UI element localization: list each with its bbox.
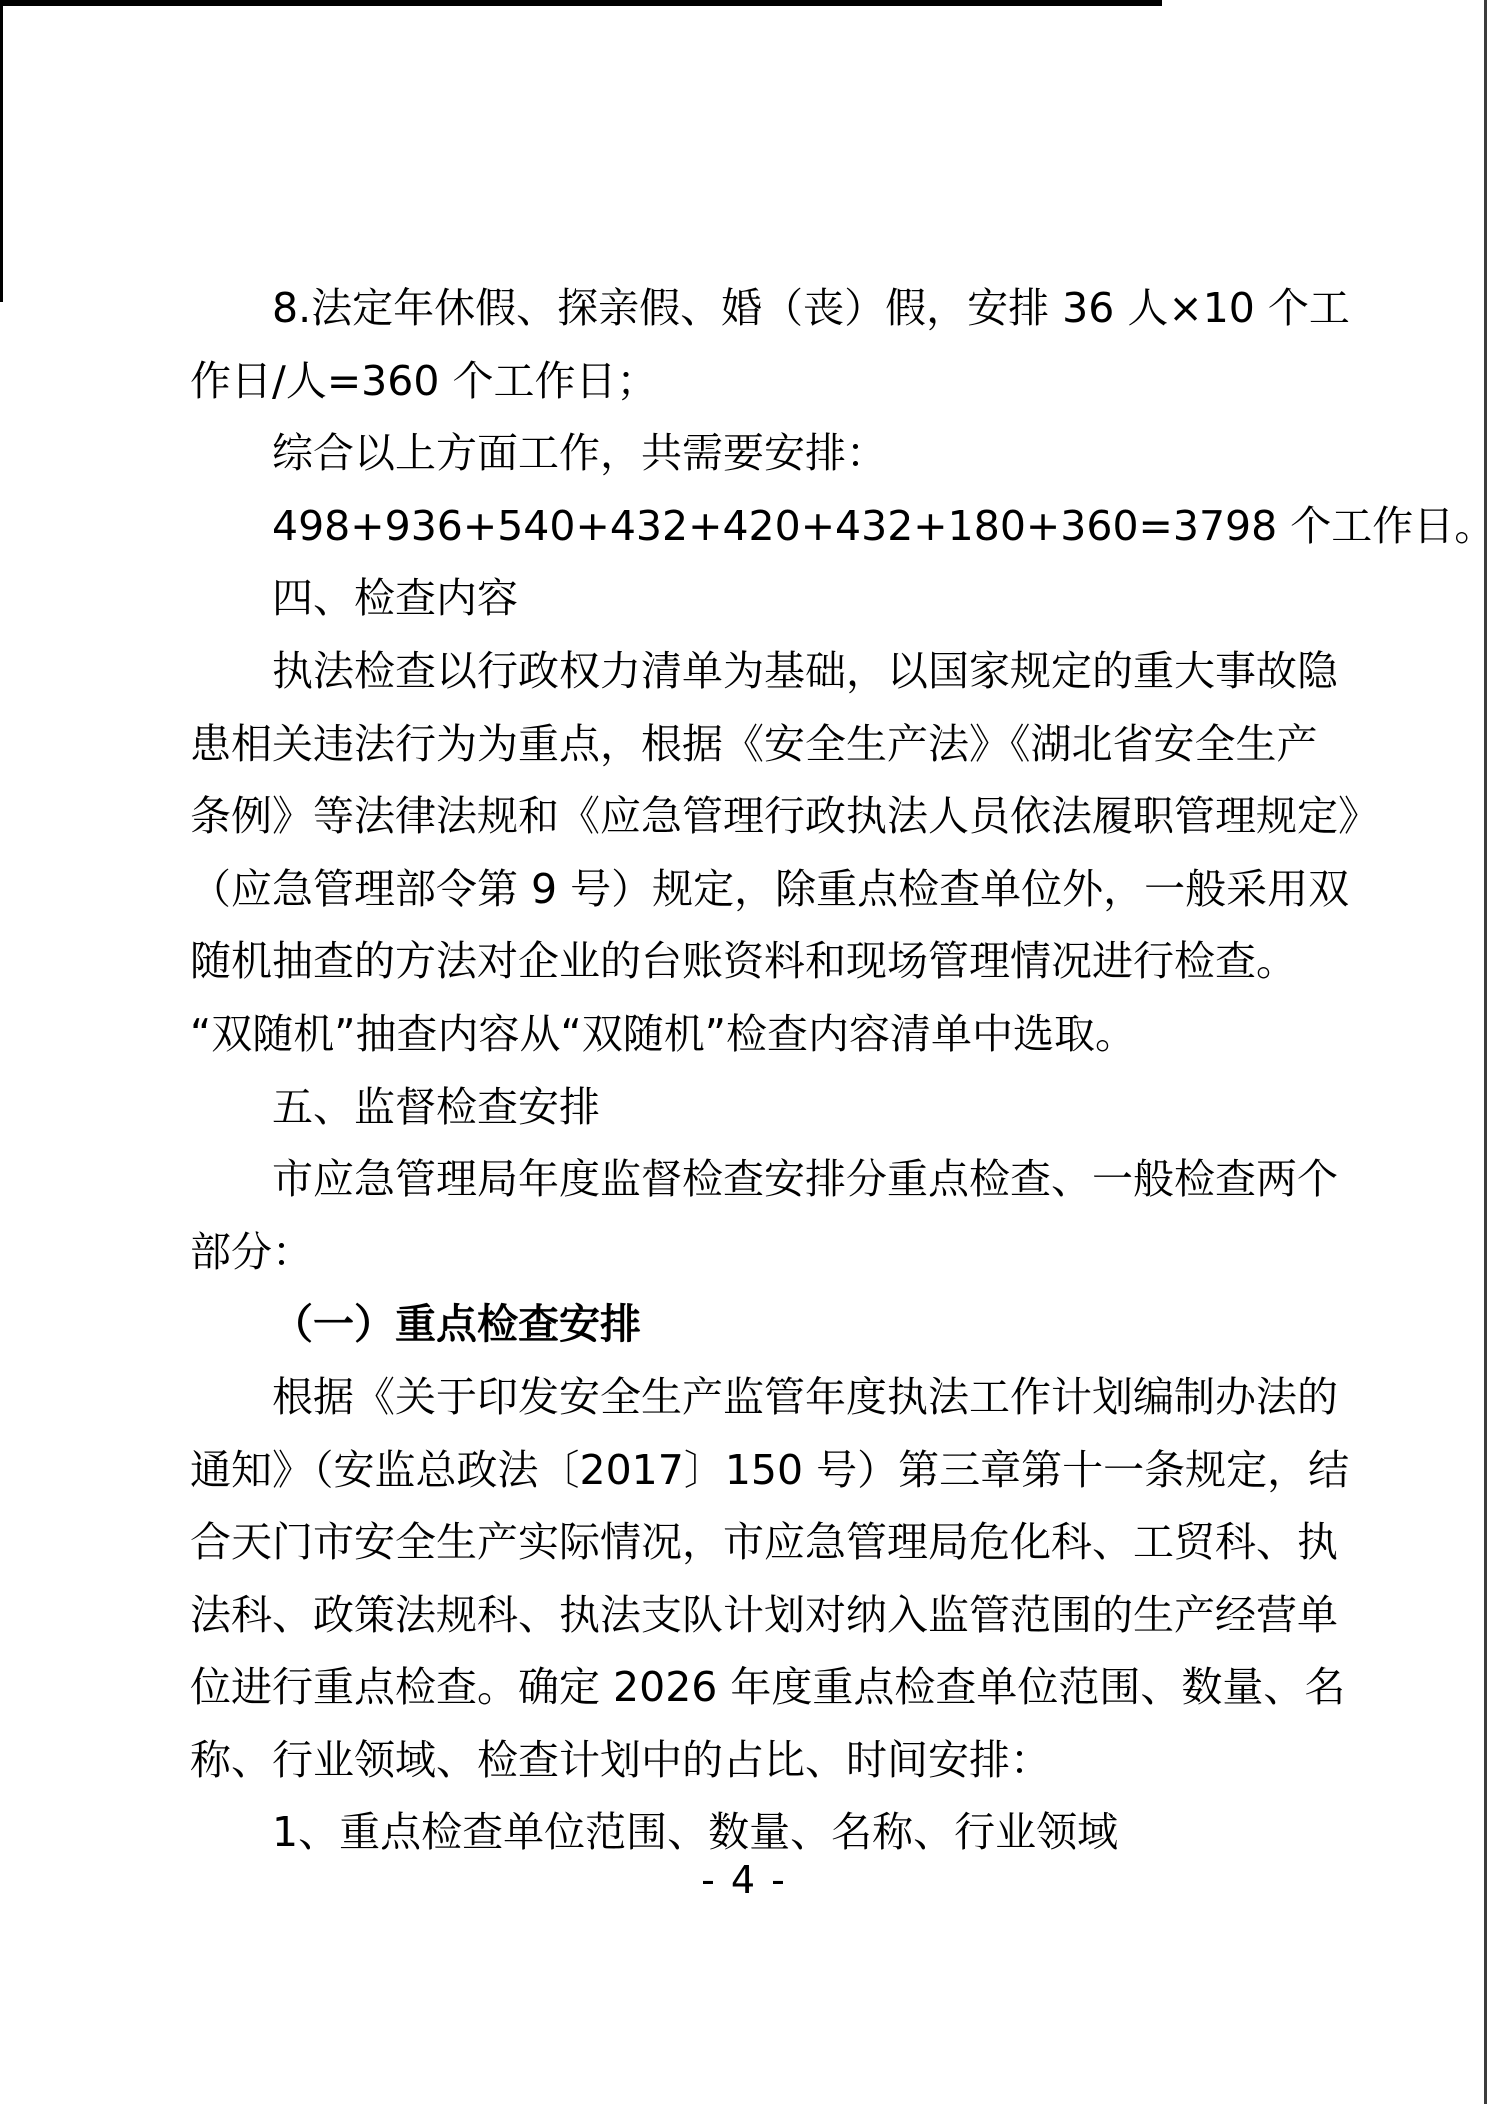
document-page: 8.法定年休假、探亲假、婚（丧）假，安排 36 人×10 个工作日/人=360 … xyxy=(0,0,1488,2104)
document-body: 8.法定年休假、探亲假、婚（丧）假，安排 36 人×10 个工作日/人=360 … xyxy=(190,272,1370,1869)
text-line: 四、检查内容 xyxy=(190,562,1370,635)
text-line: “双随机”抽查内容从“双随机”检查内容清单中选取。 xyxy=(190,998,1370,1071)
scan-border-right xyxy=(1484,0,1487,2104)
scan-border-left xyxy=(0,0,3,302)
text-line: 法科、政策法规科、执法支队计划对纳入监管范围的生产经营单 xyxy=(190,1579,1370,1652)
text-line: 执法检查以行政权力清单为基础，以国家规定的重大事故隐 xyxy=(190,635,1370,708)
text-line: 综合以上方面工作，共需要安排： xyxy=(190,417,1370,490)
scan-border-top xyxy=(0,0,1162,6)
text-line: 五、监督检查安排 xyxy=(190,1071,1370,1144)
text-line: 8.法定年休假、探亲假、婚（丧）假，安排 36 人×10 个工 xyxy=(190,272,1370,345)
text-line: 合天门市安全生产实际情况，市应急管理局危化科、工贸科、执 xyxy=(190,1506,1370,1579)
text-line: （应急管理部令第 9 号）规定，除重点检查单位外，一般采用双 xyxy=(190,853,1370,926)
text-line: 条例》等法律法规和《应急管理行政执法人员依法履职管理规定》 xyxy=(190,780,1370,853)
text-line: 称、行业领域、检查计划中的占比、时间安排： xyxy=(190,1724,1370,1797)
text-line: 作日/人=360 个工作日； xyxy=(190,345,1370,418)
text-line: 位进行重点检查。确定 2026 年度重点检查单位范围、数量、名 xyxy=(190,1651,1370,1724)
text-line: 通知》（安监总政法〔2017〕150 号）第三章第十一条规定，结 xyxy=(190,1434,1370,1507)
text-line: 随机抽查的方法对企业的台账资料和现场管理情况进行检查。 xyxy=(190,925,1370,998)
text-line: 市应急管理局年度监督检查安排分重点检查、一般检查两个 xyxy=(190,1143,1370,1216)
text-line: 患相关违法行为为重点，根据《安全生产法》《湖北省安全生产 xyxy=(190,708,1370,781)
text-line: （一）重点检查安排 xyxy=(190,1288,1370,1361)
text-line: 部分： xyxy=(190,1216,1370,1289)
text-line: 根据《关于印发安全生产监管年度执法工作计划编制办法的 xyxy=(190,1361,1370,1434)
page-number: - 4 - xyxy=(0,1858,1488,1902)
text-line: 498+936+540+432+420+432+180+360=3798 个工作… xyxy=(190,490,1370,563)
